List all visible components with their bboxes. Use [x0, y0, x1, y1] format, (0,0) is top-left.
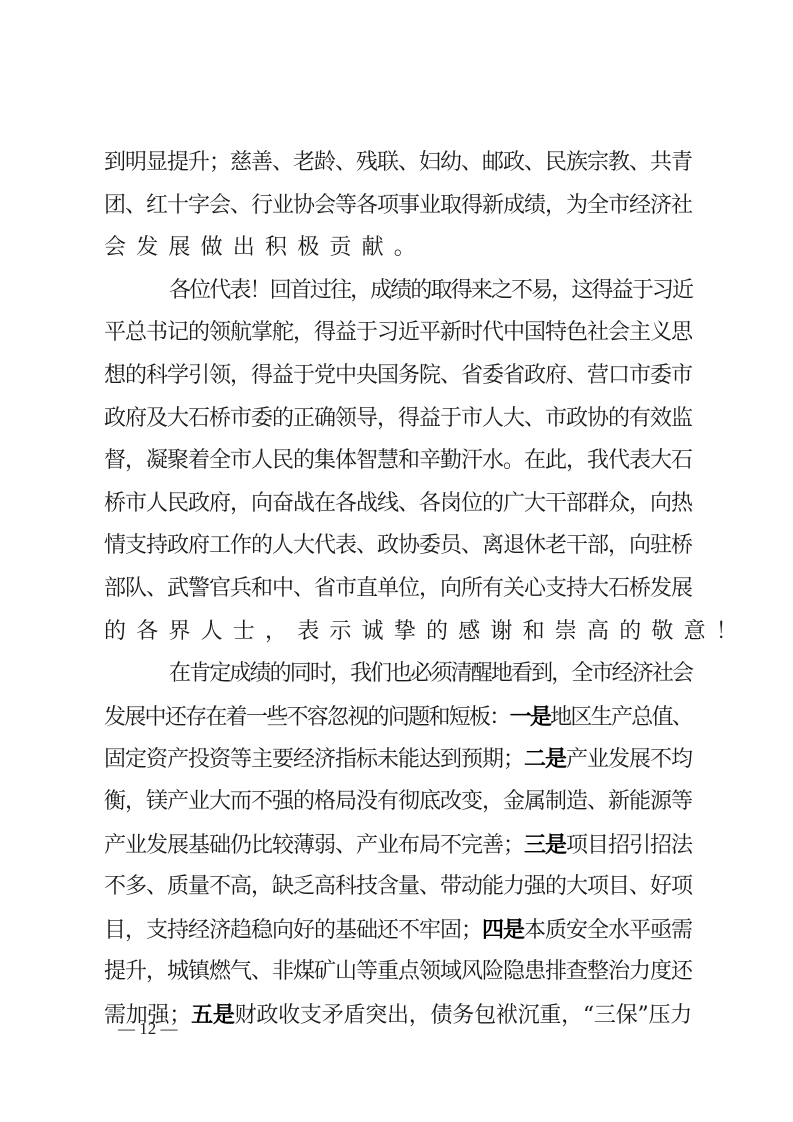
text-line: 需加强；五是财政收支矛盾突出，债务包袱沉重，“三保”压力 [104, 994, 692, 1037]
text-line: 督，凝聚着全市人民的集体智慧和辛勤汗水。在此，我代表大石 [104, 440, 692, 483]
text-line: 衡，镁产业大而不强的格局没有彻底改变，金属制造、新能源等 [104, 781, 692, 824]
text-segment: 财政收支矛盾突出，债务包袱沉重，“三保”压力 [235, 1003, 692, 1028]
text-segment: 衡，镁产业大而不强的格局没有彻底改变，金属制造、新能源等 [104, 789, 692, 814]
text-line: 到明显提升；慈善、老龄、残联、妇幼、邮政、民族宗教、共青 [104, 142, 692, 185]
text-segment: 政府及大石桥市委的正确领导，得益于市人大、市政协的有效监 [104, 406, 692, 431]
text-line: 目，支持经济趋稳向好的基础还不牢固；四是本质安全水平亟需 [104, 909, 692, 952]
text-line: 团、红十字会、行业协会等各项事业取得新成绩，为全市经济社 [104, 185, 692, 228]
text-line: 各位代表！回首过往，成绩的取得来之不易，这得益于习近 [104, 270, 692, 313]
document-page: 到明显提升；慈善、老龄、残联、妇幼、邮政、民族宗教、共青团、红十字会、行业协会等… [0, 0, 793, 1122]
text-segment: 产业发展基础仍比较薄弱、产业布局不完善； [104, 833, 524, 858]
text-segment: 到明显提升；慈善、老龄、残联、妇幼、邮政、民族宗教、共青 [104, 150, 692, 175]
text-segment: 不多、质量不高，缺乏高科技含量、带动能力强的大项目、好项 [104, 874, 692, 899]
text-segment: 桥市人民政府，向奋战在各战线、各岗位的广大干部群众，向热 [104, 491, 692, 516]
text-segment: 在肯定成绩的同时，我们也必须清醒地看到，全市经济社会 [169, 661, 692, 686]
text-line: 发展中还存在着一些不容忽视的问题和短板：一是地区生产总值、 [104, 696, 692, 739]
emphasis-text: 三是 [524, 832, 566, 858]
emphasis-text: 一是 [510, 704, 551, 730]
text-segment: 部队、武警官兵和中、省市直单位，向所有关心支持大石桥发展 [104, 576, 692, 601]
text-line: 不多、质量不高，缺乏高科技含量、带动能力强的大项目、好项 [104, 866, 692, 909]
text-segment: 项目招引招法 [566, 833, 692, 858]
emphasis-text: 二是 [524, 746, 566, 772]
text-segment: 平总书记的领航掌舵，得益于习近平新时代中国特色社会主义思 [104, 320, 692, 345]
text-line: 情支持政府工作的人大代表、政协委员、离退休老干部，向驻桥 [104, 525, 692, 568]
text-segment: 产业发展不均 [566, 747, 692, 772]
emphasis-text: 四是 [482, 917, 524, 943]
text-segment: 团、红十字会、行业协会等各项事业取得新成绩，为全市经济社 [104, 193, 692, 218]
text-segment: 地区生产总值、 [550, 705, 692, 730]
text-segment: 情支持政府工作的人大代表、政协委员、离退休老干部，向驻桥 [104, 533, 692, 558]
text-segment: 目，支持经济趋稳向好的基础还不牢固； [104, 918, 482, 943]
body-text: 到明显提升；慈善、老龄、残联、妇幼、邮政、民族宗教、共青团、红十字会、行业协会等… [104, 142, 692, 1036]
paragraph: 各位代表！回首过往，成绩的取得来之不易，这得益于习近平总书记的领航掌舵，得益于习… [104, 270, 692, 653]
text-line: 平总书记的领航掌舵，得益于习近平新时代中国特色社会主义思 [104, 312, 692, 355]
text-line: 的各界人士，表示诚挚的感谢和崇高的敬意！ [104, 611, 692, 654]
text-line: 桥市人民政府，向奋战在各战线、各岗位的广大干部群众，向热 [104, 483, 692, 526]
text-segment: 固定资产投资等主要经济指标未能达到预期； [104, 747, 524, 772]
text-segment: 各位代表！回首过往，成绩的取得来之不易，这得益于习近 [169, 278, 692, 303]
page-number: — 12 — [118, 1019, 178, 1039]
text-segment: 提升，城镇燃气、非煤矿山等重点领域风险隐患排查整治力度还 [104, 959, 692, 984]
text-line: 会发展做出积极贡献。 [104, 227, 692, 270]
emphasis-text: 五是 [191, 1002, 235, 1028]
text-line: 在肯定成绩的同时，我们也必须清醒地看到，全市经济社会 [104, 653, 692, 696]
text-line: 政府及大石桥市委的正确领导，得益于市人大、市政协的有效监 [104, 398, 692, 441]
text-line: 提升，城镇燃气、非煤矿山等重点领域风险隐患排查整治力度还 [104, 951, 692, 994]
paragraph: 在肯定成绩的同时，我们也必须清醒地看到，全市经济社会发展中还存在着一些不容忽视的… [104, 653, 692, 1036]
paragraph: 到明显提升；慈善、老龄、残联、妇幼、邮政、民族宗教、共青团、红十字会、行业协会等… [104, 142, 692, 270]
text-line: 产业发展基础仍比较薄弱、产业布局不完善；三是项目招引招法 [104, 824, 692, 867]
text-segment: 会发展做出积极贡献。 [104, 235, 426, 260]
text-line: 固定资产投资等主要经济指标未能达到预期；二是产业发展不均 [104, 738, 692, 781]
text-segment: 发展中还存在着一些不容忽视的问题和短板： [104, 705, 510, 730]
text-line: 想的科学引领，得益于党中央国务院、省委省政府、营口市委市 [104, 355, 692, 398]
text-segment: 督，凝聚着全市人民的集体智慧和辛勤汗水。在此，我代表大石 [104, 448, 692, 473]
text-segment: 本质安全水平亟需 [524, 918, 692, 943]
text-line: 部队、武警官兵和中、省市直单位，向所有关心支持大石桥发展 [104, 568, 692, 611]
text-segment: 的各界人士，表示诚挚的感谢和崇高的敬意！ [104, 619, 748, 644]
text-segment: 想的科学引领，得益于党中央国务院、省委省政府、营口市委市 [104, 363, 692, 388]
